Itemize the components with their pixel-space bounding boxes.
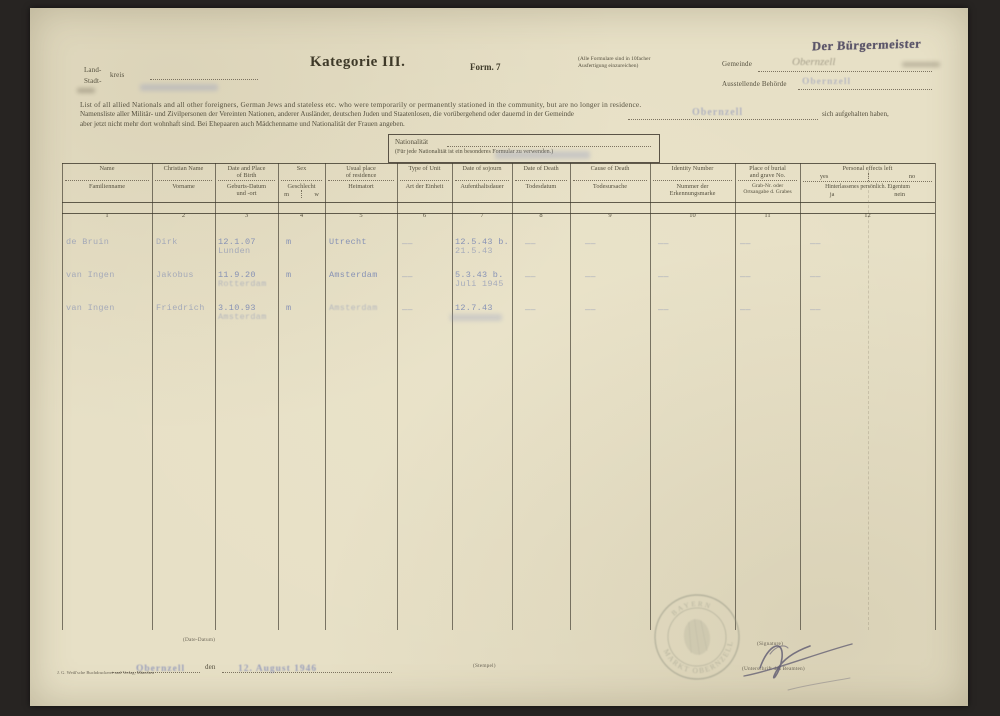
row1-effects: —— — [810, 239, 821, 249]
col12-en: Personal effects left — [800, 165, 935, 173]
col8-en: Date of Death — [512, 165, 570, 180]
col4-de: Geschlecht — [278, 183, 325, 190]
nationality-blank-line — [447, 145, 651, 147]
behoerde-label: Ausstellende Behörde — [722, 80, 787, 88]
col10-en: Identity Number — [650, 165, 735, 180]
intro-german-line3: aber jetzt nicht mehr dort wohnhaft sind… — [80, 120, 405, 128]
gemeinde-handwritten-value: Obernzell — [792, 56, 835, 68]
col10-de1: Nummer der — [677, 183, 709, 190]
date-blue-stamp: 12. August 1946 — [238, 664, 317, 674]
table-top-rule — [62, 163, 935, 164]
kreis-label: kreis — [110, 71, 124, 79]
copies-note-line1: (Alle Formulare sind in 10facher — [578, 56, 650, 62]
col-header-6: Type of Unit Art der Einheit — [397, 165, 452, 201]
col10-de: Nummer derErkennungsmarke — [650, 183, 735, 197]
col5-en: Usual placeof residence — [325, 165, 397, 180]
header-dot-sep — [281, 180, 322, 181]
col12-sub-ja: ja — [830, 191, 835, 198]
col3-de2: und -ort — [236, 190, 256, 197]
row3-grave: —— — [740, 305, 751, 315]
row2-sojourn2: Juli 1945 — [455, 279, 504, 289]
col12-yesno-subrow: yes no — [800, 173, 935, 181]
col12-janein-subrow: ja nein — [800, 191, 935, 199]
row1-death: —— — [525, 239, 536, 249]
col9-en: Cause of Death — [570, 165, 650, 180]
stadt-label: Stadt- — [84, 77, 102, 85]
col-header-11: Place of burialand grave No. Grab-Nr. od… — [735, 165, 800, 201]
col-header-3: Date and Placeof Birth Geburts-Datumund … — [215, 165, 278, 201]
col4-sex-subrow: m w — [278, 190, 325, 198]
row1-birth-place: Lunden — [218, 246, 250, 256]
table-vline — [650, 163, 651, 630]
row2-heimatort: Amsterdam — [329, 270, 378, 280]
row3-sex: m — [286, 303, 291, 313]
intro-english-line: List of all allied Nationals and all oth… — [80, 100, 641, 109]
col-header-10: Identity Number Nummer derErkennungsmark… — [650, 165, 735, 201]
col5-en1: Usual place — [346, 165, 376, 172]
col12-sub-no: no — [909, 173, 915, 180]
intro-gemeinde-blank — [628, 118, 818, 120]
row2-unit: —— — [402, 272, 413, 282]
header-dot-sep — [155, 180, 212, 181]
colnum-9: 9 — [570, 212, 650, 221]
printer-imprint: J. G. Weiß'sche Buchdruckerei und Verlag… — [57, 670, 154, 675]
row3-death: —— — [525, 305, 536, 315]
row3-vorname: Friedrich — [156, 303, 205, 313]
row2-name: van Ingen — [66, 270, 115, 280]
colnum-3: 3 — [215, 212, 278, 221]
col-header-12: Personal effects left yes no Hinterlasse… — [800, 165, 935, 201]
col11-en1: Place of burial — [749, 165, 786, 172]
faint-stamp-mark — [77, 88, 95, 93]
sub-divider — [301, 190, 302, 198]
header-dot-sep — [400, 180, 449, 181]
col4-en: Sex — [278, 165, 325, 180]
table-vline — [215, 163, 216, 630]
row3-sojourn-faint-line — [450, 314, 502, 321]
table-vline — [800, 163, 801, 630]
table-vline — [512, 163, 513, 630]
colnum-8: 8 — [512, 212, 570, 221]
page-title: Kategorie III. — [310, 54, 405, 71]
col9-de: Todesursache — [570, 183, 650, 190]
col10-de2: Erkennungsmarke — [670, 190, 716, 197]
behoerde-blue-stamp: Obernzell — [802, 77, 851, 87]
colnum-2: 2 — [152, 212, 215, 221]
row1-heimatort: Utrecht — [329, 237, 367, 247]
intro-german-line: Namensliste aller Militär- und Zivilpers… — [80, 110, 574, 118]
colnum-6: 6 — [397, 212, 452, 221]
col5-de: Heimatort — [325, 183, 397, 190]
header-dot-sep — [328, 180, 394, 181]
buergermeister-ink-stamp: Der Bürgermeister — [812, 37, 922, 55]
nationality-blue-stamp — [495, 151, 590, 159]
col7-de: Aufenthaltsdauer — [452, 183, 512, 190]
row1-sojourn2: 21.5.43 — [455, 246, 493, 256]
colnum-10: 10 — [650, 212, 735, 221]
col-header-2: Christian Name Vorname — [152, 165, 215, 201]
col11-en: Place of burialand grave No. — [735, 165, 800, 180]
row1-grave: —— — [740, 239, 751, 249]
row2-cause: —— — [585, 272, 596, 282]
scanned-document: Land- kreis Stadt- Kategorie III. Form. … — [0, 0, 1000, 716]
table-vline — [278, 163, 279, 630]
row3-birth-place: Amsterdam — [218, 312, 267, 322]
row1-cause: —— — [585, 239, 596, 249]
col11-de: Grab-Nr. oderOrtsangabe d. Grabes — [735, 183, 800, 196]
land-label: Land- — [84, 66, 101, 74]
table-vline — [152, 163, 153, 630]
col12-sub-divider — [868, 170, 870, 630]
row2-identity: —— — [658, 272, 669, 282]
table-vline — [452, 163, 453, 630]
col4-sub-w: w — [314, 191, 319, 198]
col4-sub-m: m — [284, 191, 289, 198]
gemeinde-label: Gemeinde — [722, 60, 752, 68]
colnum-5: 5 — [325, 212, 397, 221]
col7-en: Date of sojourn — [452, 165, 512, 180]
header-dot-sep — [65, 180, 149, 181]
paper-sheet: Land- kreis Stadt- Kategorie III. Form. … — [30, 8, 968, 706]
header-dot-sep — [455, 180, 509, 181]
date-caption: (Date-Datum) — [183, 637, 215, 643]
colnum-1: 1 — [62, 212, 152, 221]
col12-sub-yes: yes — [820, 173, 828, 180]
colnum-4: 4 — [278, 212, 325, 221]
header-dot-sep — [803, 181, 932, 182]
col5-en2: of residence — [346, 172, 377, 179]
row3-unit: —— — [402, 305, 413, 315]
col-header-1: Name Familienname — [62, 165, 152, 201]
col6-en: Type of Unit — [397, 165, 452, 180]
col3-de1: Geburts-Datum — [227, 183, 266, 190]
col1-en: Name — [62, 165, 152, 180]
header-dot-sep — [515, 180, 567, 181]
stempel-caption: (Stempel) — [473, 663, 496, 669]
row3-name: van Ingen — [66, 303, 115, 313]
row2-death: —— — [525, 272, 536, 282]
col2-en: Christian Name — [152, 165, 215, 180]
row2-grave: —— — [740, 272, 751, 282]
col-header-5: Usual placeof residence Heimatort — [325, 165, 397, 201]
row1-name: de Bruin — [66, 237, 109, 247]
table-header-rule — [62, 202, 935, 203]
col3-en: Date and Placeof Birth — [215, 165, 278, 180]
col-header-7: Date of sojourn Aufenthaltsdauer — [452, 165, 512, 201]
col2-de: Vorname — [152, 183, 215, 190]
row3-sojourn1: 12.7.43 — [455, 303, 493, 313]
colnum-7: 7 — [452, 212, 512, 221]
col11-de1: Grab-Nr. oder — [752, 183, 783, 189]
col12-de: Hinterlassenes persönlich. Eigentum — [800, 184, 935, 191]
table-vline — [325, 163, 326, 630]
kreis-blank-line — [150, 78, 258, 80]
copies-note-line2: Ausfertigung einzureichen) — [578, 63, 638, 69]
gemeinde-blank-line — [758, 70, 932, 72]
colnum-11: 11 — [735, 212, 800, 221]
den-label: den — [205, 663, 216, 671]
row1-unit: —— — [402, 239, 413, 249]
table-vline — [735, 163, 736, 630]
header-dot-sep — [573, 180, 647, 181]
behoerde-blank-line — [798, 88, 932, 90]
sub-divider — [868, 173, 869, 181]
col8-de: Todesdatum — [512, 183, 570, 190]
col11-de2: Ortsangabe d. Grabes — [743, 189, 791, 195]
table-vline — [570, 163, 571, 630]
row1-vorname: Dirk — [156, 237, 178, 247]
row2-sex: m — [286, 270, 291, 280]
faint-note-mark — [902, 62, 940, 67]
colnum-12: 12 — [800, 212, 935, 221]
intro-german-after: sich aufgehalten haben, — [822, 110, 889, 118]
row2-effects: —— — [810, 272, 821, 282]
col12-sub-nein: nein — [894, 191, 905, 198]
row3-effects: —— — [810, 305, 821, 315]
row3-identity: —— — [658, 305, 669, 315]
header-dot-sep — [738, 180, 797, 181]
col-header-8: Date of Death Todesdatum — [512, 165, 570, 201]
nationality-label: Nationalität — [395, 138, 428, 146]
row3-cause: —— — [585, 305, 596, 315]
row2-vorname: Jakobus — [156, 270, 194, 280]
intro-german-before: Namensliste aller Militär- und Zivilpers… — [80, 110, 574, 118]
faint-blue-stamp — [140, 84, 218, 91]
col3-en2: of Birth — [237, 172, 257, 179]
row3-heimatort: Amsterdam — [329, 303, 378, 313]
handwritten-signature — [730, 620, 875, 700]
form-number: Form. 7 — [470, 62, 501, 72]
col-header-9: Cause of Death Todesursache — [570, 165, 650, 201]
header-dot-sep — [218, 180, 275, 181]
table-vline — [62, 163, 63, 630]
row2-birth-place: Rotterdam — [218, 279, 267, 289]
col3-de: Geburts-Datumund -ort — [215, 183, 278, 197]
col6-de: Art der Einheit — [397, 183, 452, 190]
row1-sex: m — [286, 237, 291, 247]
header-dot-sep — [653, 180, 732, 181]
col1-de: Familienname — [62, 183, 152, 190]
table-vline — [935, 163, 936, 630]
row1-identity: —— — [658, 239, 669, 249]
col3-en1: Date and Place — [228, 165, 266, 172]
table-vline — [397, 163, 398, 630]
col-header-4: Sex Geschlecht m w — [278, 165, 325, 201]
col11-en2: and grave No. — [750, 172, 786, 179]
intro-gemeinde-blue-stamp: Obernzell — [692, 107, 743, 118]
